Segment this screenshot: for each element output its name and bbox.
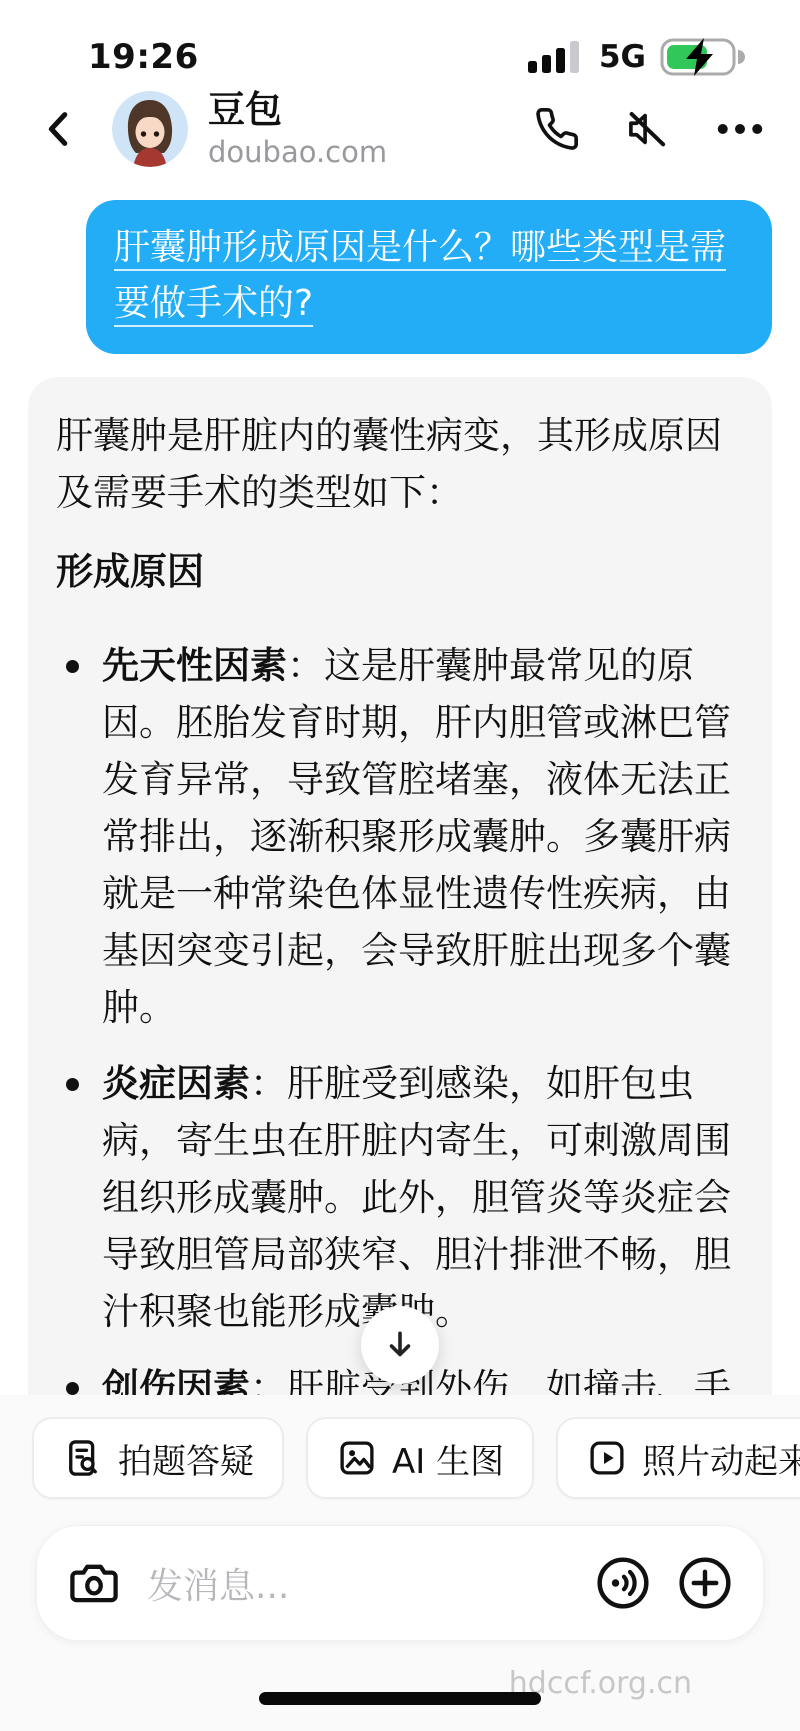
user-message-bubble[interactable]: 肝囊肿形成原因是什么？哪些类型是需要做手术的?	[86, 200, 772, 354]
camera-button[interactable]	[67, 1556, 121, 1610]
down-arrow-icon	[382, 1327, 418, 1363]
assistant-section-heading: 形成原因	[56, 543, 744, 600]
mute-button[interactable]	[624, 106, 670, 152]
speaker-muted-icon	[624, 106, 670, 152]
back-button[interactable]	[34, 103, 86, 155]
message-composer[interactable]: 发消息...	[36, 1525, 764, 1641]
voice-button[interactable]	[595, 1555, 651, 1611]
chip-label: AI 生图	[392, 1434, 504, 1483]
chip-photo-qa[interactable]: 拍题答疑	[32, 1417, 284, 1499]
assistant-domain: doubao.com	[208, 136, 387, 169]
back-chevron-icon	[37, 106, 83, 152]
ellipsis-icon	[714, 106, 766, 152]
chip-label: 照片动起来	[642, 1434, 800, 1483]
add-button[interactable]	[677, 1555, 733, 1611]
phone-icon	[534, 106, 580, 152]
voice-wave-icon	[595, 1555, 651, 1611]
assistant-intro-text: 肝囊肿是肝脏内的囊性病变，其形成原因及需要手术的类型如下：	[56, 407, 744, 521]
home-indicator[interactable]	[259, 1692, 541, 1705]
list-item: 先天性因素：这是肝囊肿最常见的原因。胚胎发育时期，肝内胆管或淋巴管发育异常，导致…	[56, 637, 744, 1036]
more-button[interactable]	[714, 106, 766, 152]
call-button[interactable]	[534, 106, 580, 152]
chat-header: 豆包 doubao.com	[0, 86, 800, 172]
camera-icon	[67, 1556, 121, 1610]
bullet-text: ：这是肝囊肿最常见的原因。胚胎发育时期，肝内胆管或淋巴管发育异常，导致管腔堵塞，…	[102, 644, 731, 1029]
scroll-to-bottom-button[interactable]	[361, 1306, 439, 1384]
quick-action-bar[interactable]: 拍题答疑 AI 生图 照片动起来	[0, 1395, 800, 1499]
assistant-avatar[interactable]	[112, 91, 188, 167]
battery-charging-icon	[660, 35, 746, 79]
network-type: 5G	[599, 39, 646, 75]
bottom-panel: 拍题答疑 AI 生图 照片动起来	[0, 1395, 800, 1731]
list-item: 炎症因素：肝脏受到感染，如肝包虫病，寄生虫在肝脏内寄生，可刺激周围组织形成囊肿。…	[56, 1055, 744, 1340]
bullet-lead: 先天性因素	[102, 644, 287, 687]
user-message-row: 肝囊肿形成原因是什么？哪些类型是需要做手术的?	[28, 200, 772, 354]
doc-search-icon	[62, 1437, 104, 1479]
signal-bars-icon	[527, 37, 585, 77]
chip-label: 拍题答疑	[118, 1434, 254, 1483]
message-input[interactable]: 发消息...	[147, 1558, 595, 1609]
assistant-name: 豆包	[208, 89, 387, 132]
plus-icon	[677, 1555, 733, 1611]
clock: 19:26	[88, 37, 199, 77]
chip-animate-photo[interactable]: 照片动起来	[556, 1417, 800, 1499]
image-icon	[336, 1437, 378, 1479]
chip-ai-image[interactable]: AI 生图	[306, 1417, 534, 1499]
video-play-icon	[586, 1437, 628, 1479]
bullet-lead: 炎症因素	[102, 1062, 250, 1105]
status-bar: 19:26 5G	[0, 0, 800, 86]
